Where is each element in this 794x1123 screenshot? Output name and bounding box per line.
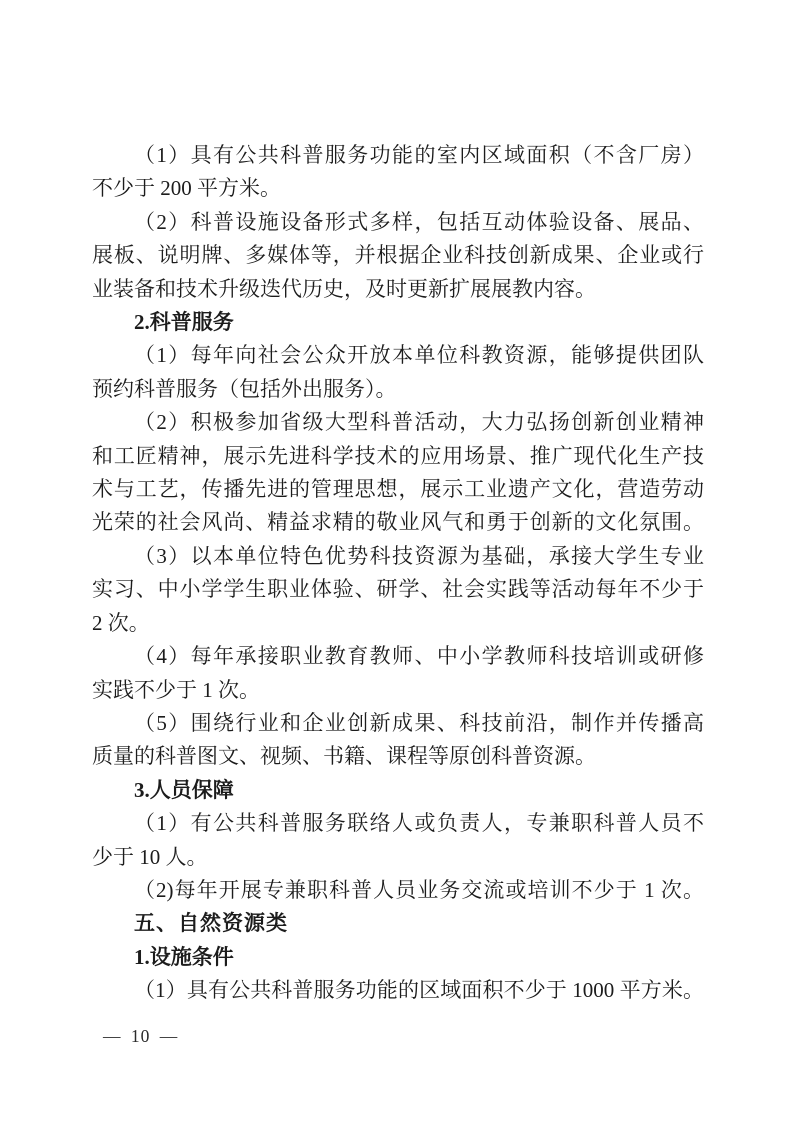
- text-line: 实践不少于 1 次。: [92, 674, 704, 707]
- text-line: （3）以本单位特色优势科技资源为基础，承接大学生专业: [92, 540, 704, 573]
- text-block: （1）具有公共科普服务功能的室内区域面积（不含厂房）不少于 200 平方米。（2…: [92, 139, 704, 1008]
- text-line: （1）具有公共科普服务功能的室内区域面积（不含厂房）: [92, 139, 704, 172]
- text-line: 实习、中小学学生职业体验、研学、社会实践等活动每年不少于: [92, 573, 704, 606]
- text-line: 预约科普服务（包括外出服务）。: [92, 373, 704, 406]
- section-heading: 1.设施条件: [92, 941, 704, 974]
- text-line: （2)每年开展专兼职科普人员业务交流或培训不少于 1 次。: [92, 874, 704, 907]
- document-page: （1）具有公共科普服务功能的室内区域面积（不含厂房）不少于 200 平方米。（2…: [0, 0, 794, 1123]
- text-line: （2）科普设施设备形式多样，包括互动体验设备、展品、: [92, 206, 704, 239]
- text-line: （5）围绕行业和企业创新成果、科技前沿，制作并传播高: [92, 707, 704, 740]
- section-heading: 3.人员保障: [92, 774, 704, 807]
- text-line: （1）有公共科普服务联络人或负责人，专兼职科普人员不: [92, 807, 704, 840]
- text-line: 业装备和技术升级迭代历史，及时更新扩展展教内容。: [92, 273, 704, 306]
- text-line: （4）每年承接职业教育教师、中小学教师科技培训或研修: [92, 640, 704, 673]
- page-number: — 10 —: [103, 1026, 178, 1047]
- section-heading: 2.科普服务: [92, 306, 704, 339]
- text-line: 少于 10 人。: [92, 841, 704, 874]
- section-heading: 五、自然资源类: [92, 907, 704, 940]
- text-line: 光荣的社会风尚、精益求精的敬业风气和勇于创新的文化氛围。: [92, 506, 704, 539]
- text-line: 不少于 200 平方米。: [92, 172, 704, 205]
- text-line: （1）具有公共科普服务功能的区域面积不少于 1000 平方米。: [92, 974, 704, 1007]
- text-line: 术与工艺，传播先进的管理思想，展示工业遗产文化，营造劳动: [92, 473, 704, 506]
- text-line: 和工匠精神，展示先进科学技术的应用场景、推广现代化生产技: [92, 440, 704, 473]
- text-line: （1）每年向社会公众开放本单位科教资源，能够提供团队: [92, 339, 704, 372]
- text-line: （2）积极参加省级大型科普活动，大力弘扬创新创业精神: [92, 406, 704, 439]
- text-line: 展板、说明牌、多媒体等，并根据企业科技创新成果、企业或行: [92, 239, 704, 272]
- text-line: 2 次。: [92, 607, 704, 640]
- text-line: 质量的科普图文、视频、书籍、课程等原创科普资源。: [92, 740, 704, 773]
